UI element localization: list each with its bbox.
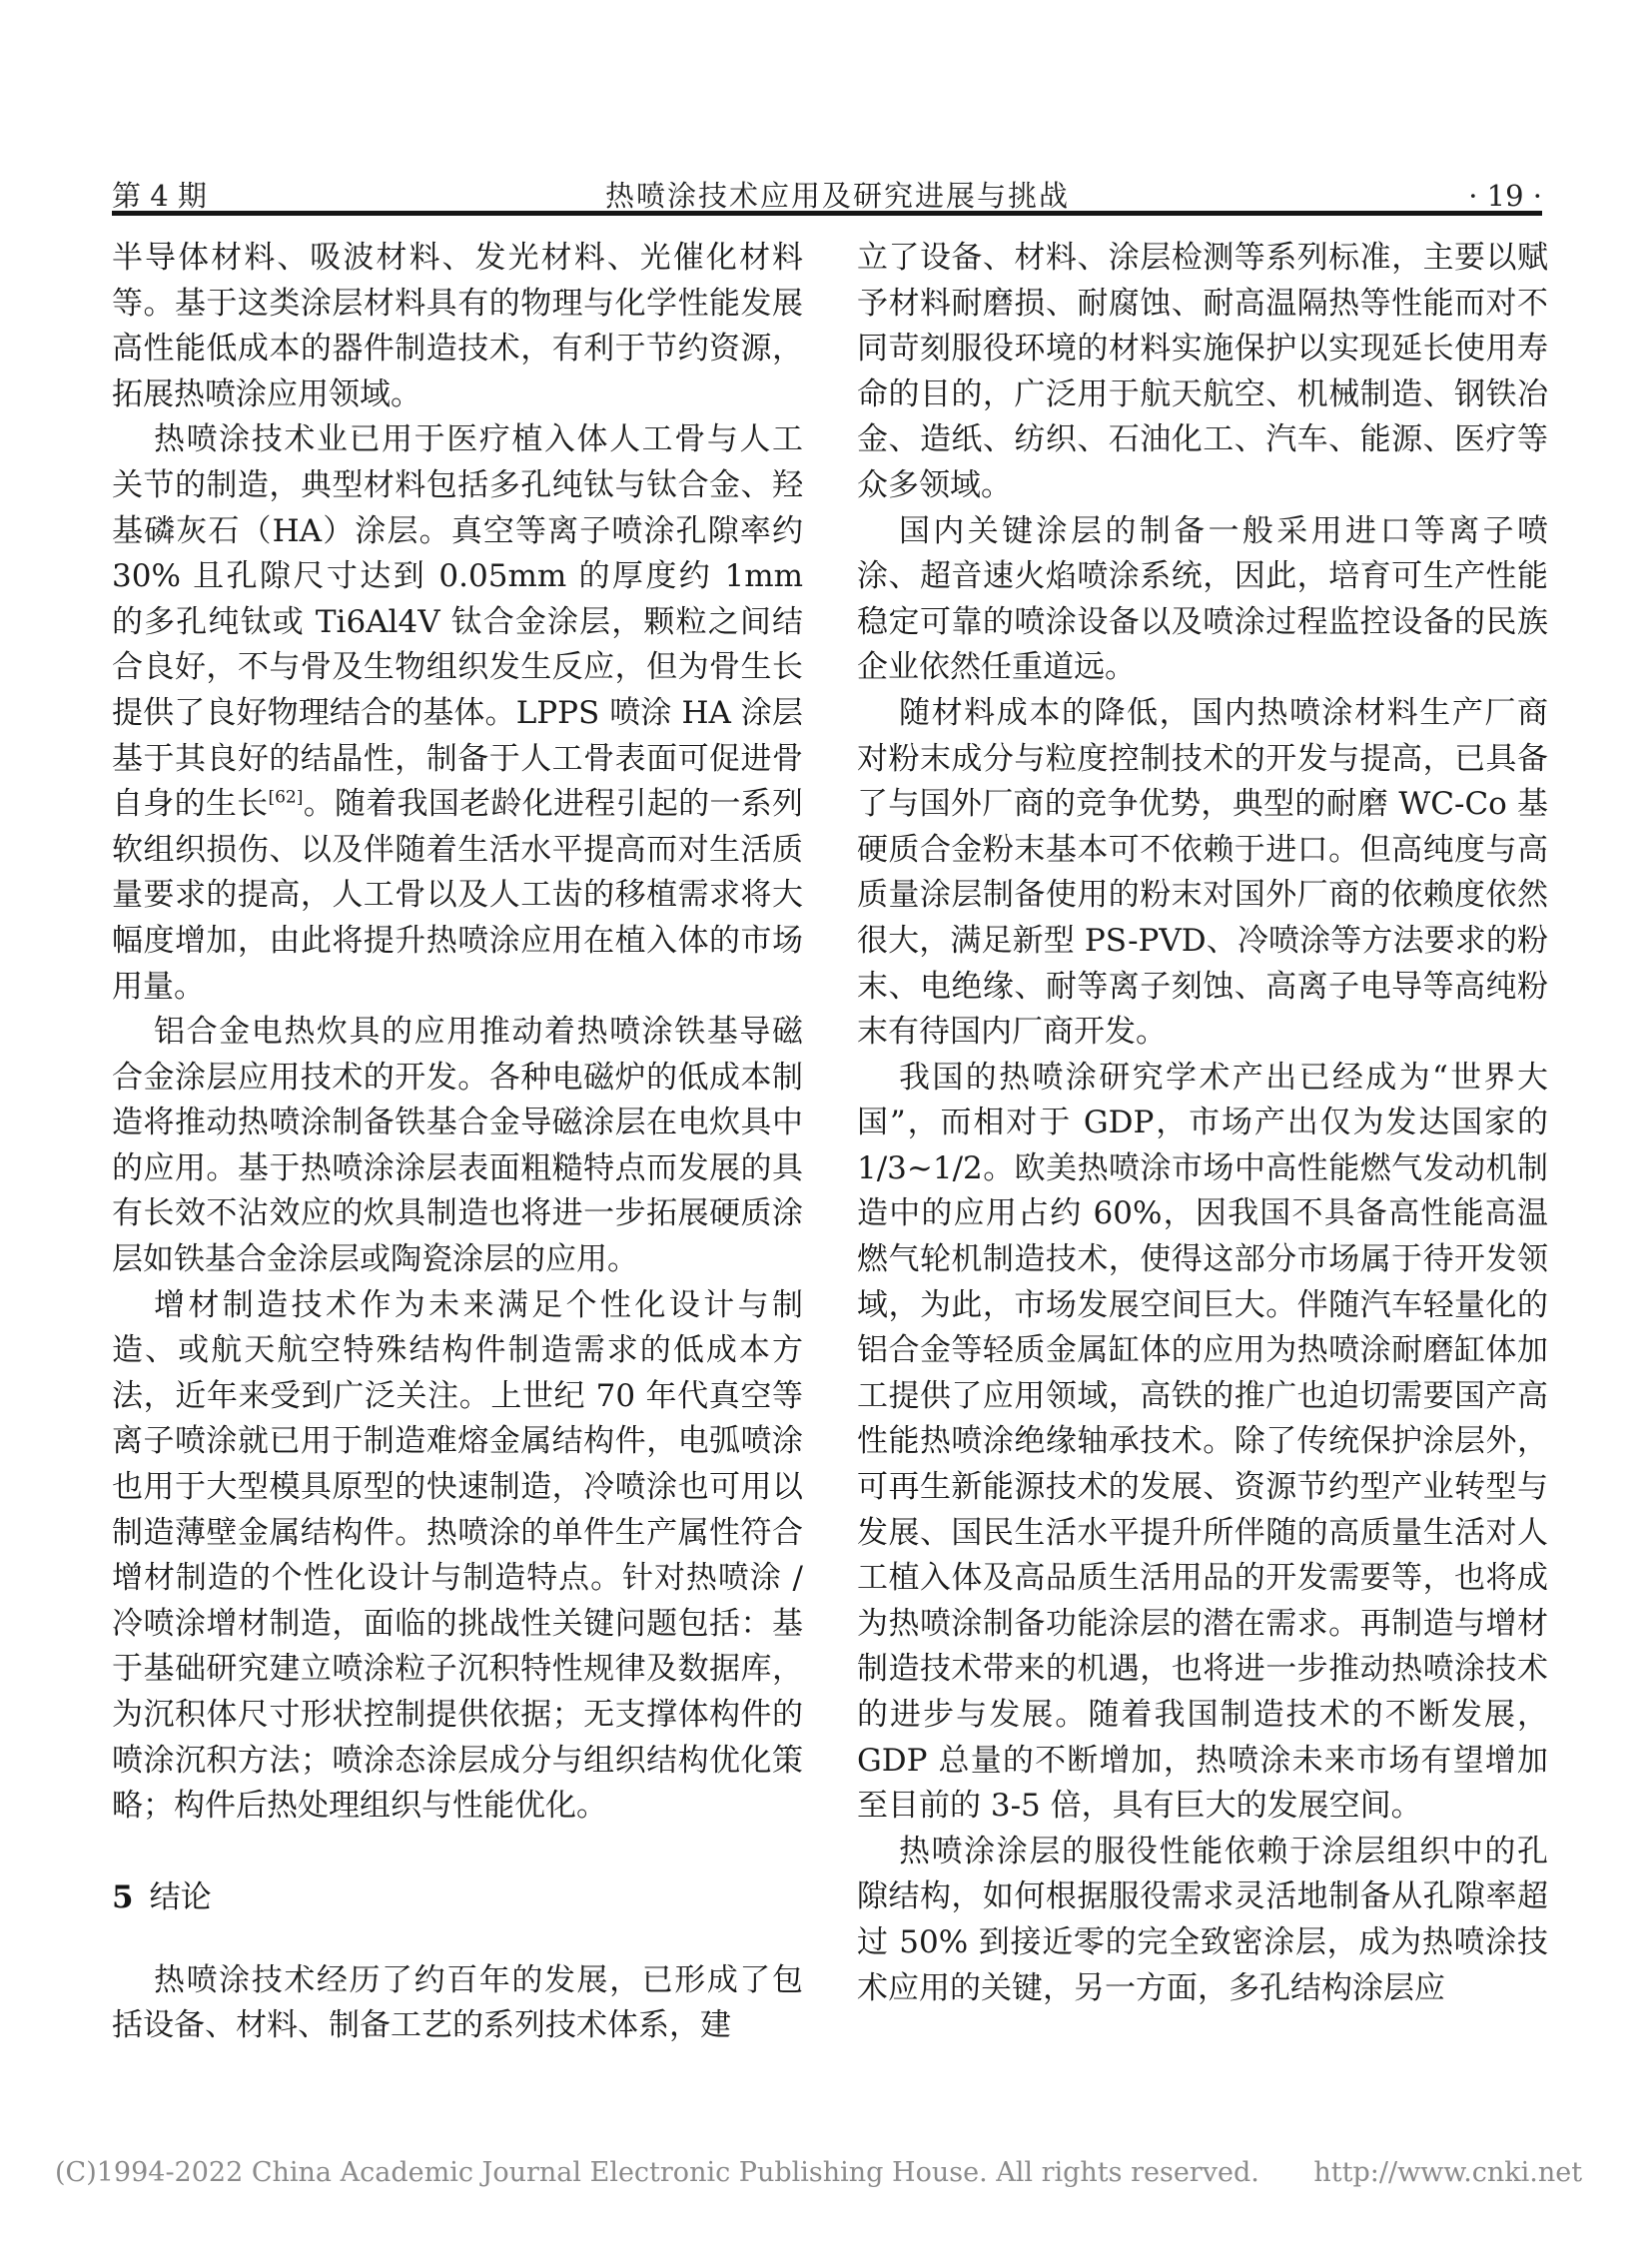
section-title: 结论: [150, 1879, 212, 1915]
right-text-column: 立了设备、材料、涂层检测等系列标准，主要以赋予材料耐磨损、耐腐蚀、耐高温隔热等性…: [857, 236, 1548, 2011]
paragraph: 立了设备、材料、涂层检测等系列标准，主要以赋予材料耐磨损、耐腐蚀、耐高温隔热等性…: [857, 236, 1548, 509]
paragraph: 增材制造技术作为未来满足个性化设计与制造、或航天航空特殊结构件制造需求的低成本方…: [112, 1283, 803, 1830]
paragraph: 热喷涂技术业已用于医疗植入体人工骨与人工关节的制造，典型材料包括多孔纯钛与钛合金…: [112, 417, 803, 1010]
paragraph-text: 热喷涂技术业已用于医疗植入体人工骨与人工关节的制造，典型材料包括多孔纯钛与钛合金…: [112, 421, 803, 822]
header-issue-label: 第 4 期: [112, 174, 207, 215]
paragraph: 热喷涂涂层的服役性能依赖于涂层组织中的孔隙结构，如何根据服役需求灵活地制备从孔隙…: [857, 1830, 1548, 2011]
section-number: 5: [112, 1879, 134, 1915]
footer-copyright-text: (C)1994-2022 China Academic Journal Elec…: [55, 2157, 1259, 2188]
section-heading: 5结论: [112, 1875, 803, 1920]
footer-cnki-url: http://www.cnki.net: [1313, 2157, 1582, 2188]
paragraph: 随材料成本的降低，国内热喷涂材料生产厂商对粉末成分与粒度控制技术的开发与提高，已…: [857, 691, 1548, 1056]
paragraph: 铝合金电热炊具的应用推动着热喷涂铁基导磁合金涂层应用技术的开发。各种电磁炉的低成…: [112, 1010, 803, 1283]
paragraph: 我国的热喷涂研究学术产出已经成为“世界大国”，而相对于 GDP，市场产出仅为发达…: [857, 1056, 1548, 1830]
journal-page: 第 4 期 热喷涂技术应用及研究进展与挑战 · 19 · 半导体材料、吸波材料、…: [0, 0, 1652, 2242]
header-rule: [112, 211, 1542, 216]
paragraph: 半导体材料、吸波材料、发光材料、光催化材料等。基于这类涂层材料具有的物理与化学性…: [112, 236, 803, 417]
paragraph: 热喷涂技术经历了约百年的发展，已形成了包括设备、材料、制备工艺的系列技术体系，建: [112, 1958, 803, 2049]
citation-superscript: [62]: [268, 788, 303, 808]
header-running-title: 热喷涂技术应用及研究进展与挑战: [605, 174, 1070, 215]
header-page-number: · 19 ·: [1468, 179, 1542, 213]
page-footer: (C)1994-2022 China Academic Journal Elec…: [55, 2157, 1582, 2188]
left-text-column: 半导体材料、吸波材料、发光材料、光催化材料等。基于这类涂层材料具有的物理与化学性…: [112, 236, 803, 2049]
paragraph: 国内关键涂层的制备一般采用进口等离子喷涂、超音速火焰喷涂系统，因此，培育可生产性…: [857, 509, 1548, 691]
page-header: 第 4 期 热喷涂技术应用及研究进展与挑战 · 19 ·: [112, 174, 1542, 215]
